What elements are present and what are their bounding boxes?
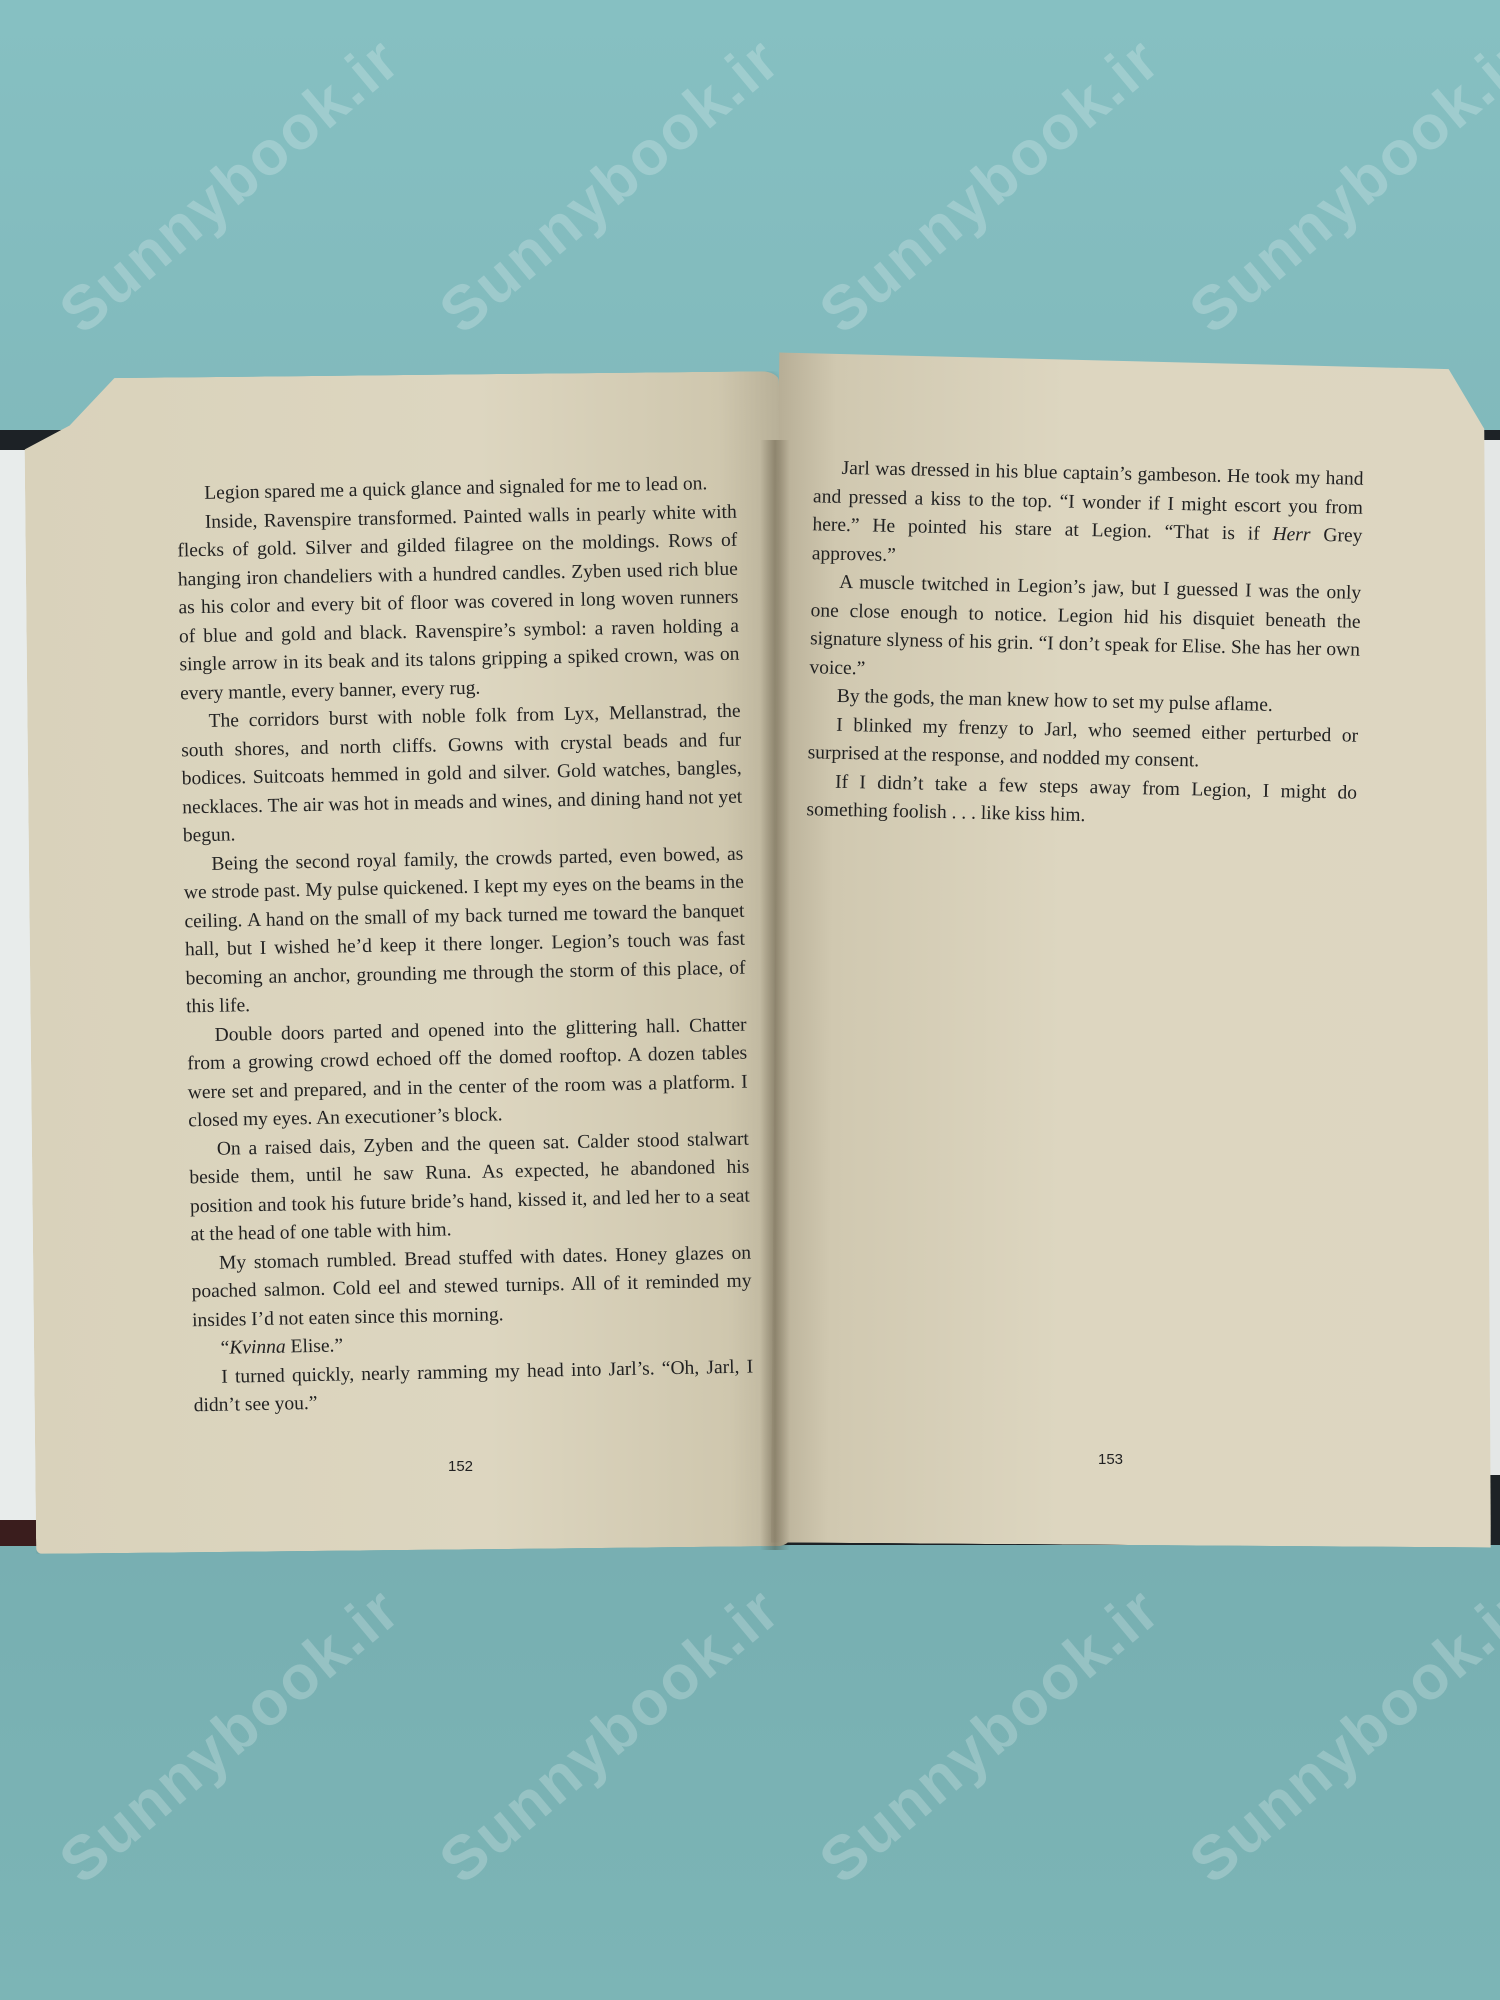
paragraph: A muscle twitched in Legion’s jaw, but I… [809,568,1361,693]
paragraph: Jarl was dressed in his blue captain’s g… [812,454,1364,579]
paragraph: I turned quickly, nearly ramming my head… [193,1353,754,1421]
right-page-text: Jarl was dressed in his blue captain’s g… [806,454,1364,836]
left-page-text: Legion spared me a quick glance and sign… [176,470,754,1421]
watermark: Sunnybook.ir [1176,1573,1500,1897]
watermark: Sunnybook.ir [806,23,1173,347]
paragraph: Inside, Ravenspire transformed. Painted … [177,498,741,708]
paragraph: Being the second royal family, the crowd… [183,840,746,1022]
paragraph: My stomach rumbled. Bread stuffed with d… [191,1239,753,1335]
watermark: Sunnybook.ir [426,23,793,347]
watermark: Sunnybook.ir [46,1573,413,1897]
watermark: Sunnybook.ir [1176,23,1500,347]
watermark: Sunnybook.ir [806,1573,1173,1897]
watermark: Sunnybook.ir [46,23,413,347]
book-gutter [760,440,790,1550]
italic-word: Kvinna [229,1337,286,1359]
paragraph-text: Elise.” [285,1335,343,1357]
quote-mark: “ [220,1338,229,1359]
paragraph: On a raised dais, Zyben and the queen sa… [189,1125,751,1250]
watermark: Sunnybook.ir [426,1573,793,1897]
paragraph: The corridors burst with noble folk from… [180,698,743,851]
paragraph: If I didn’t take a few steps away from L… [806,768,1357,837]
page-number-right: 153 [1098,1451,1123,1468]
page-number-left: 152 [448,1458,473,1475]
italic-word: Herr [1272,524,1310,546]
paragraph: Double doors parted and opened into the … [186,1011,748,1136]
